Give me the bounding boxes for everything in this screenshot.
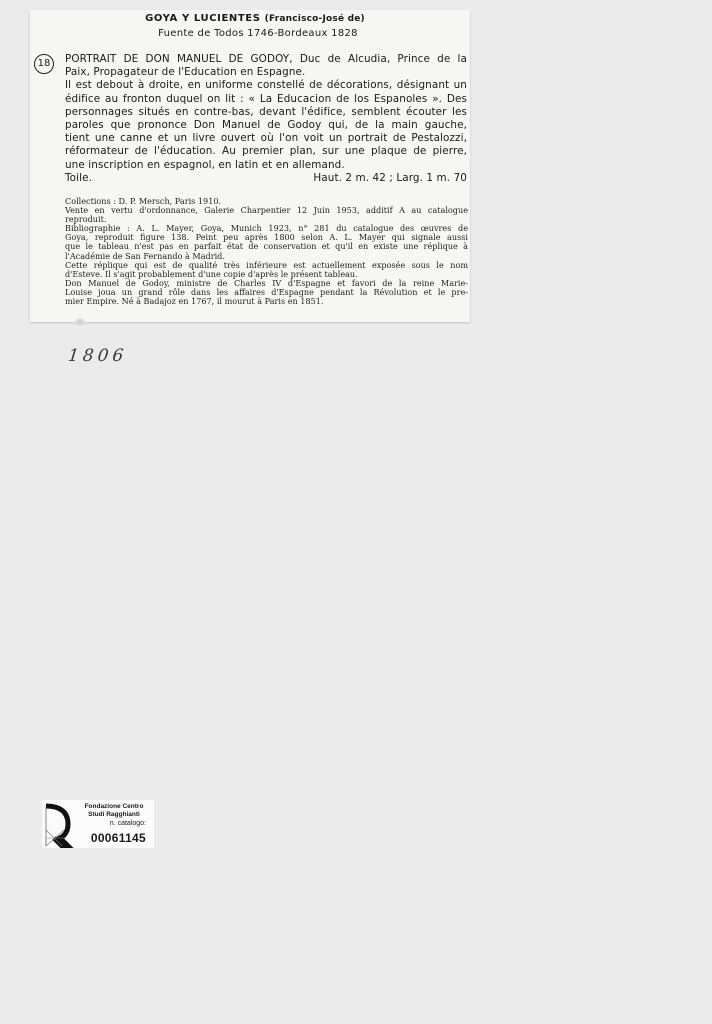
- description-line: Paix, Propagateur de l'Education en Espa…: [65, 66, 467, 79]
- foundation-name-line2: Studi Ragghianti: [78, 811, 150, 819]
- medium: Toile.: [65, 172, 92, 185]
- artist-life-dates: Fuente de Todos 1746-Bordeaux 1828: [30, 28, 470, 39]
- catalog-clipping: GOYA Y LUCIENTES (Francisco-José de) Fue…: [30, 10, 470, 322]
- foundation-name-line1: Fondazione Centro: [78, 803, 150, 811]
- description-line: Il est debout à droite, en uniforme cons…: [65, 79, 467, 92]
- description-line: tient une canne et un livre ouvert où l'…: [65, 132, 467, 145]
- catalog-number-circle: 18: [34, 54, 54, 74]
- description-line: une inscription en espagnol, en latin et…: [65, 159, 467, 172]
- bibliography-note: Bibliographie : A. L. Mayer, Goya, Munic…: [65, 224, 468, 260]
- handwritten-date: 1806: [67, 346, 128, 366]
- description-line: personnages situés en contre-bas, devant…: [65, 106, 467, 119]
- paper-smudge: [75, 318, 85, 326]
- archive-stamp: Fondazione Centro Studi Ragghianti n. ca…: [42, 800, 154, 848]
- description-line: PORTRAIT DE DON MANUEL DE GODOY, Duc de …: [65, 53, 467, 66]
- note-line: mier Empire. Né à Badajoz en 1767, il mo…: [65, 297, 468, 306]
- replica-note: Cette réplique qui est de qualité très i…: [65, 261, 468, 279]
- catalog-label: n. catalogo:: [110, 820, 146, 827]
- dimensions: Haut. 2 m. 42 ; Larg. 1 m. 70: [313, 172, 467, 185]
- sale-note: Vente en vertu d'ordonnance, Galerie Cha…: [65, 206, 468, 224]
- artist-name: GOYA Y LUCIENTES: [145, 13, 260, 24]
- foundation-name: Fondazione Centro Studi Ragghianti: [78, 803, 150, 819]
- artist-heading: GOYA Y LUCIENTES (Francisco-José de): [30, 13, 470, 24]
- catalog-value: 00061145: [91, 831, 146, 845]
- medium-dimensions-row: Toile. Haut. 2 m. 42 ; Larg. 1 m. 70: [65, 172, 467, 185]
- biography-note: Don Manuel de Godoy, ministre de Charles…: [65, 279, 468, 306]
- description-line: édifice au fronton duquel on lit : « La …: [65, 93, 467, 106]
- ragghianti-logo-icon: [42, 800, 78, 848]
- description-line: réformateur de l'éducation. Au premier p…: [65, 145, 467, 158]
- artist-given-name: (Francisco-José de): [265, 14, 365, 24]
- description-line: paroles que prononce Don Manuel de Godoy…: [65, 119, 467, 132]
- artwork-description: PORTRAIT DE DON MANUEL DE GODOY, Duc de …: [65, 53, 467, 185]
- note-line: Vente en vertu d'ordonnance, Galerie Cha…: [65, 206, 468, 215]
- provenance-notes: Collections : D. P. Mersch, Paris 1910. …: [65, 197, 468, 306]
